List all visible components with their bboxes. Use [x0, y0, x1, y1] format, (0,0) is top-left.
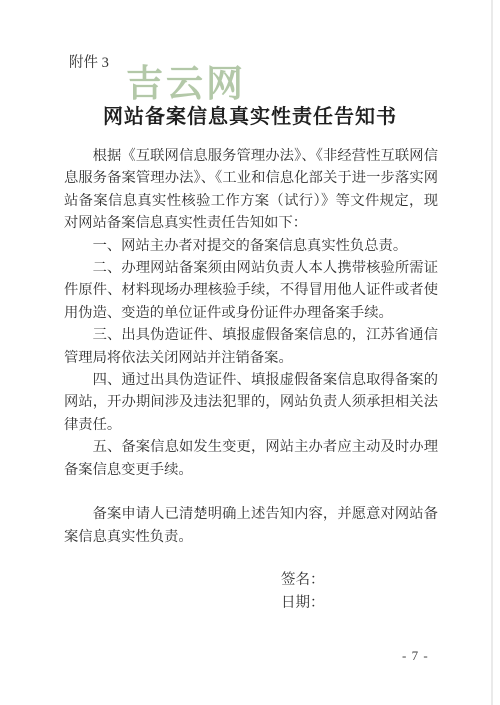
paragraph-item-3: 三、出具伪造证件、填报虚假备案信息的，江苏省通信管理局将依法关闭网站并注销备案。: [64, 324, 438, 369]
date-label: 日期：: [281, 592, 325, 615]
page-number: - 7 -: [402, 648, 429, 664]
document-body: 根据《互联网信息服务管理办法》、《非经营性互联网信息服务备案管理办法》、《工业和…: [64, 145, 438, 548]
document-page: 吉云网 附件 3 网站备案信息真实性责任告知书 根据《互联网信息服务管理办法》、…: [0, 0, 500, 705]
signature-block: 签名： 日期：: [281, 569, 325, 614]
paragraph-intro: 根据《互联网信息服务管理办法》、《非经营性互联网信息服务备案管理办法》、《工业和…: [64, 145, 438, 235]
paragraph-item-5: 五、备案信息如发生变更，网站主办者应主动及时办理备案信息变更手续。: [64, 436, 438, 481]
paragraph-item-1: 一、网站主办者对提交的备案信息真实性负总责。: [64, 235, 438, 257]
paragraph-item-2: 二、办理网站备案须由网站负责人本人携带核验所需证件原件、材料现场办理核验手续，不…: [64, 257, 438, 324]
signature-label: 签名：: [281, 569, 325, 592]
paragraph-closing: 备案申请人已清楚明确上述告知内容，并愿意对网站备案信息真实性负责。: [64, 503, 438, 548]
paragraph-item-4: 四、通过出具伪造证件、填报虚假备案信息取得备案的网站，开办期间涉及违法犯罪的，网…: [64, 369, 438, 436]
page-title: 网站备案信息真实性责任告知书: [0, 100, 500, 129]
attachment-label: 附件 3: [69, 51, 109, 72]
